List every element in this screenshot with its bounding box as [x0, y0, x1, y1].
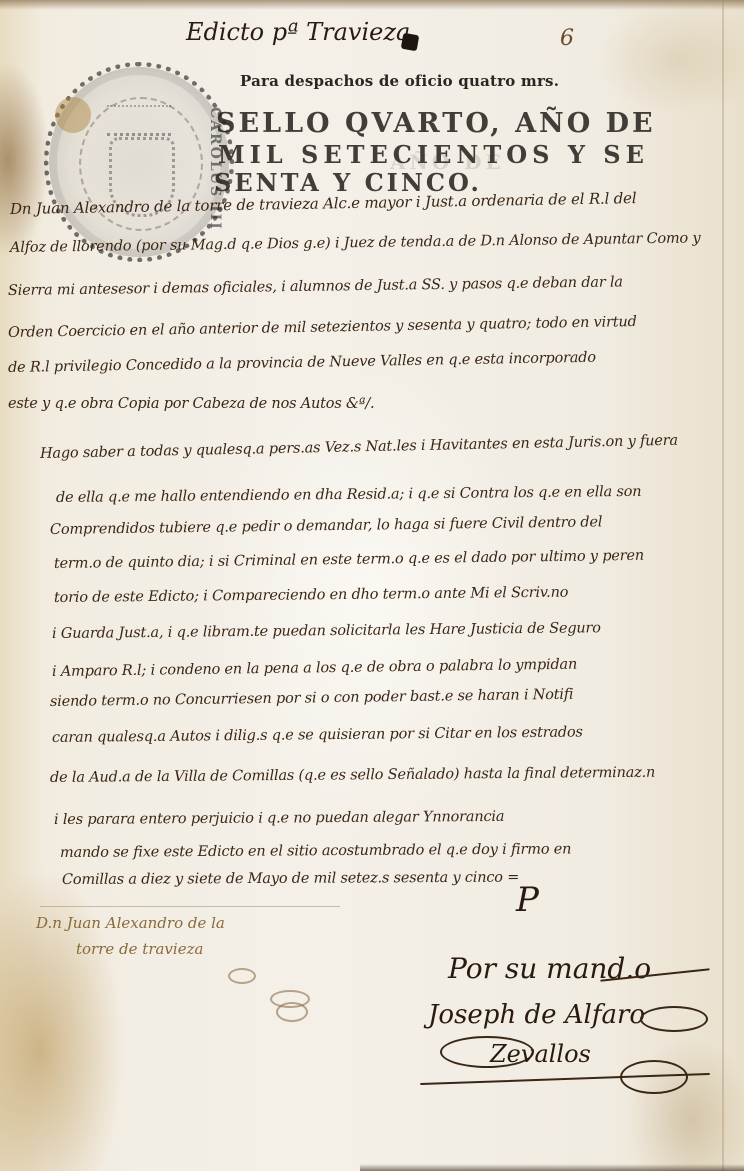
body-line: siendo term.o no Concurriesen por si o c…	[50, 687, 574, 710]
stamp-line-2: MIL SETECIENTOS Y SE	[218, 140, 649, 169]
body-line: este y q.e obra Copia por Cabeza de nos …	[8, 396, 374, 412]
signature-loop	[640, 1006, 708, 1032]
stamp-line-1: SELLO QVARTO, AÑO DE	[216, 108, 656, 139]
body-line: de la Aud.a de la Villa de Comillas (q.e…	[50, 765, 655, 786]
body-line: term.o de quinto dia; i si Criminal en e…	[54, 548, 644, 572]
body-line: Comillas a diez y siete de Mayo de mil s…	[62, 870, 519, 888]
seal-stain	[55, 97, 91, 133]
signature-surname: Zevallos	[490, 1040, 591, 1068]
page-bottom-edge	[360, 1164, 744, 1171]
body-line: de R.l privilegio Concedido a la provinc…	[8, 350, 596, 376]
page-fold-line	[722, 0, 724, 1171]
body-line: i les parara entero perjuicio i q.e no p…	[54, 809, 504, 828]
ink-blot-icon	[401, 33, 420, 52]
body-line: torio de este Edicto; i Compareciendo en…	[54, 585, 568, 606]
signature-line-1: Por su mand.o	[448, 952, 651, 985]
margin-divider	[40, 906, 340, 907]
body-line: Comprendidos tubiere q.e pedir o demanda…	[50, 514, 602, 538]
margin-note: D.n Juan Alexandro de la torre de travie…	[36, 910, 225, 962]
body-line: i Guarda Just.a, i q.e libram.te puedan …	[52, 620, 601, 642]
rubric-flourish-icon	[276, 1002, 308, 1022]
body-line: de ella q.e me hallo entendiendo en dha …	[56, 484, 642, 506]
document-heading: Edicto pª Travieza	[186, 18, 410, 46]
rubric-flourish-icon	[228, 968, 256, 984]
stamp-header: Para despachos de oficio quatro mrs.	[240, 72, 559, 90]
royal-seal-icon: CAROLUS III	[44, 62, 234, 262]
folio-number: 6	[560, 26, 574, 51]
body-line: Hago saber a todas y qualesq.a pers.as V…	[40, 433, 678, 462]
crown-icon	[107, 105, 171, 136]
body-line: i Amparo R.l; i condeno en la pena a los…	[52, 657, 577, 680]
margin-note-line-1: D.n Juan Alexandro de la	[36, 910, 225, 936]
body-line: mando se fixe este Edicto en el sitio ac…	[60, 841, 571, 861]
body-line: Orden Coercicio en el año anterior de mi…	[8, 314, 637, 341]
signature-mark: P	[516, 880, 539, 920]
manuscript-page: Edicto pª Travieza 6 CAROLUS III Para de…	[0, 0, 744, 1171]
body-line: caran qualesq.a Autos i dilig.s q.e se q…	[52, 724, 583, 746]
signature-name: Joseph de Alfaro	[428, 1000, 645, 1030]
page-top-edge	[0, 0, 744, 10]
margin-note-line-2: torre de travieza	[36, 936, 225, 962]
body-line: Sierra mi antesesor i demas oficiales, i…	[8, 274, 623, 299]
